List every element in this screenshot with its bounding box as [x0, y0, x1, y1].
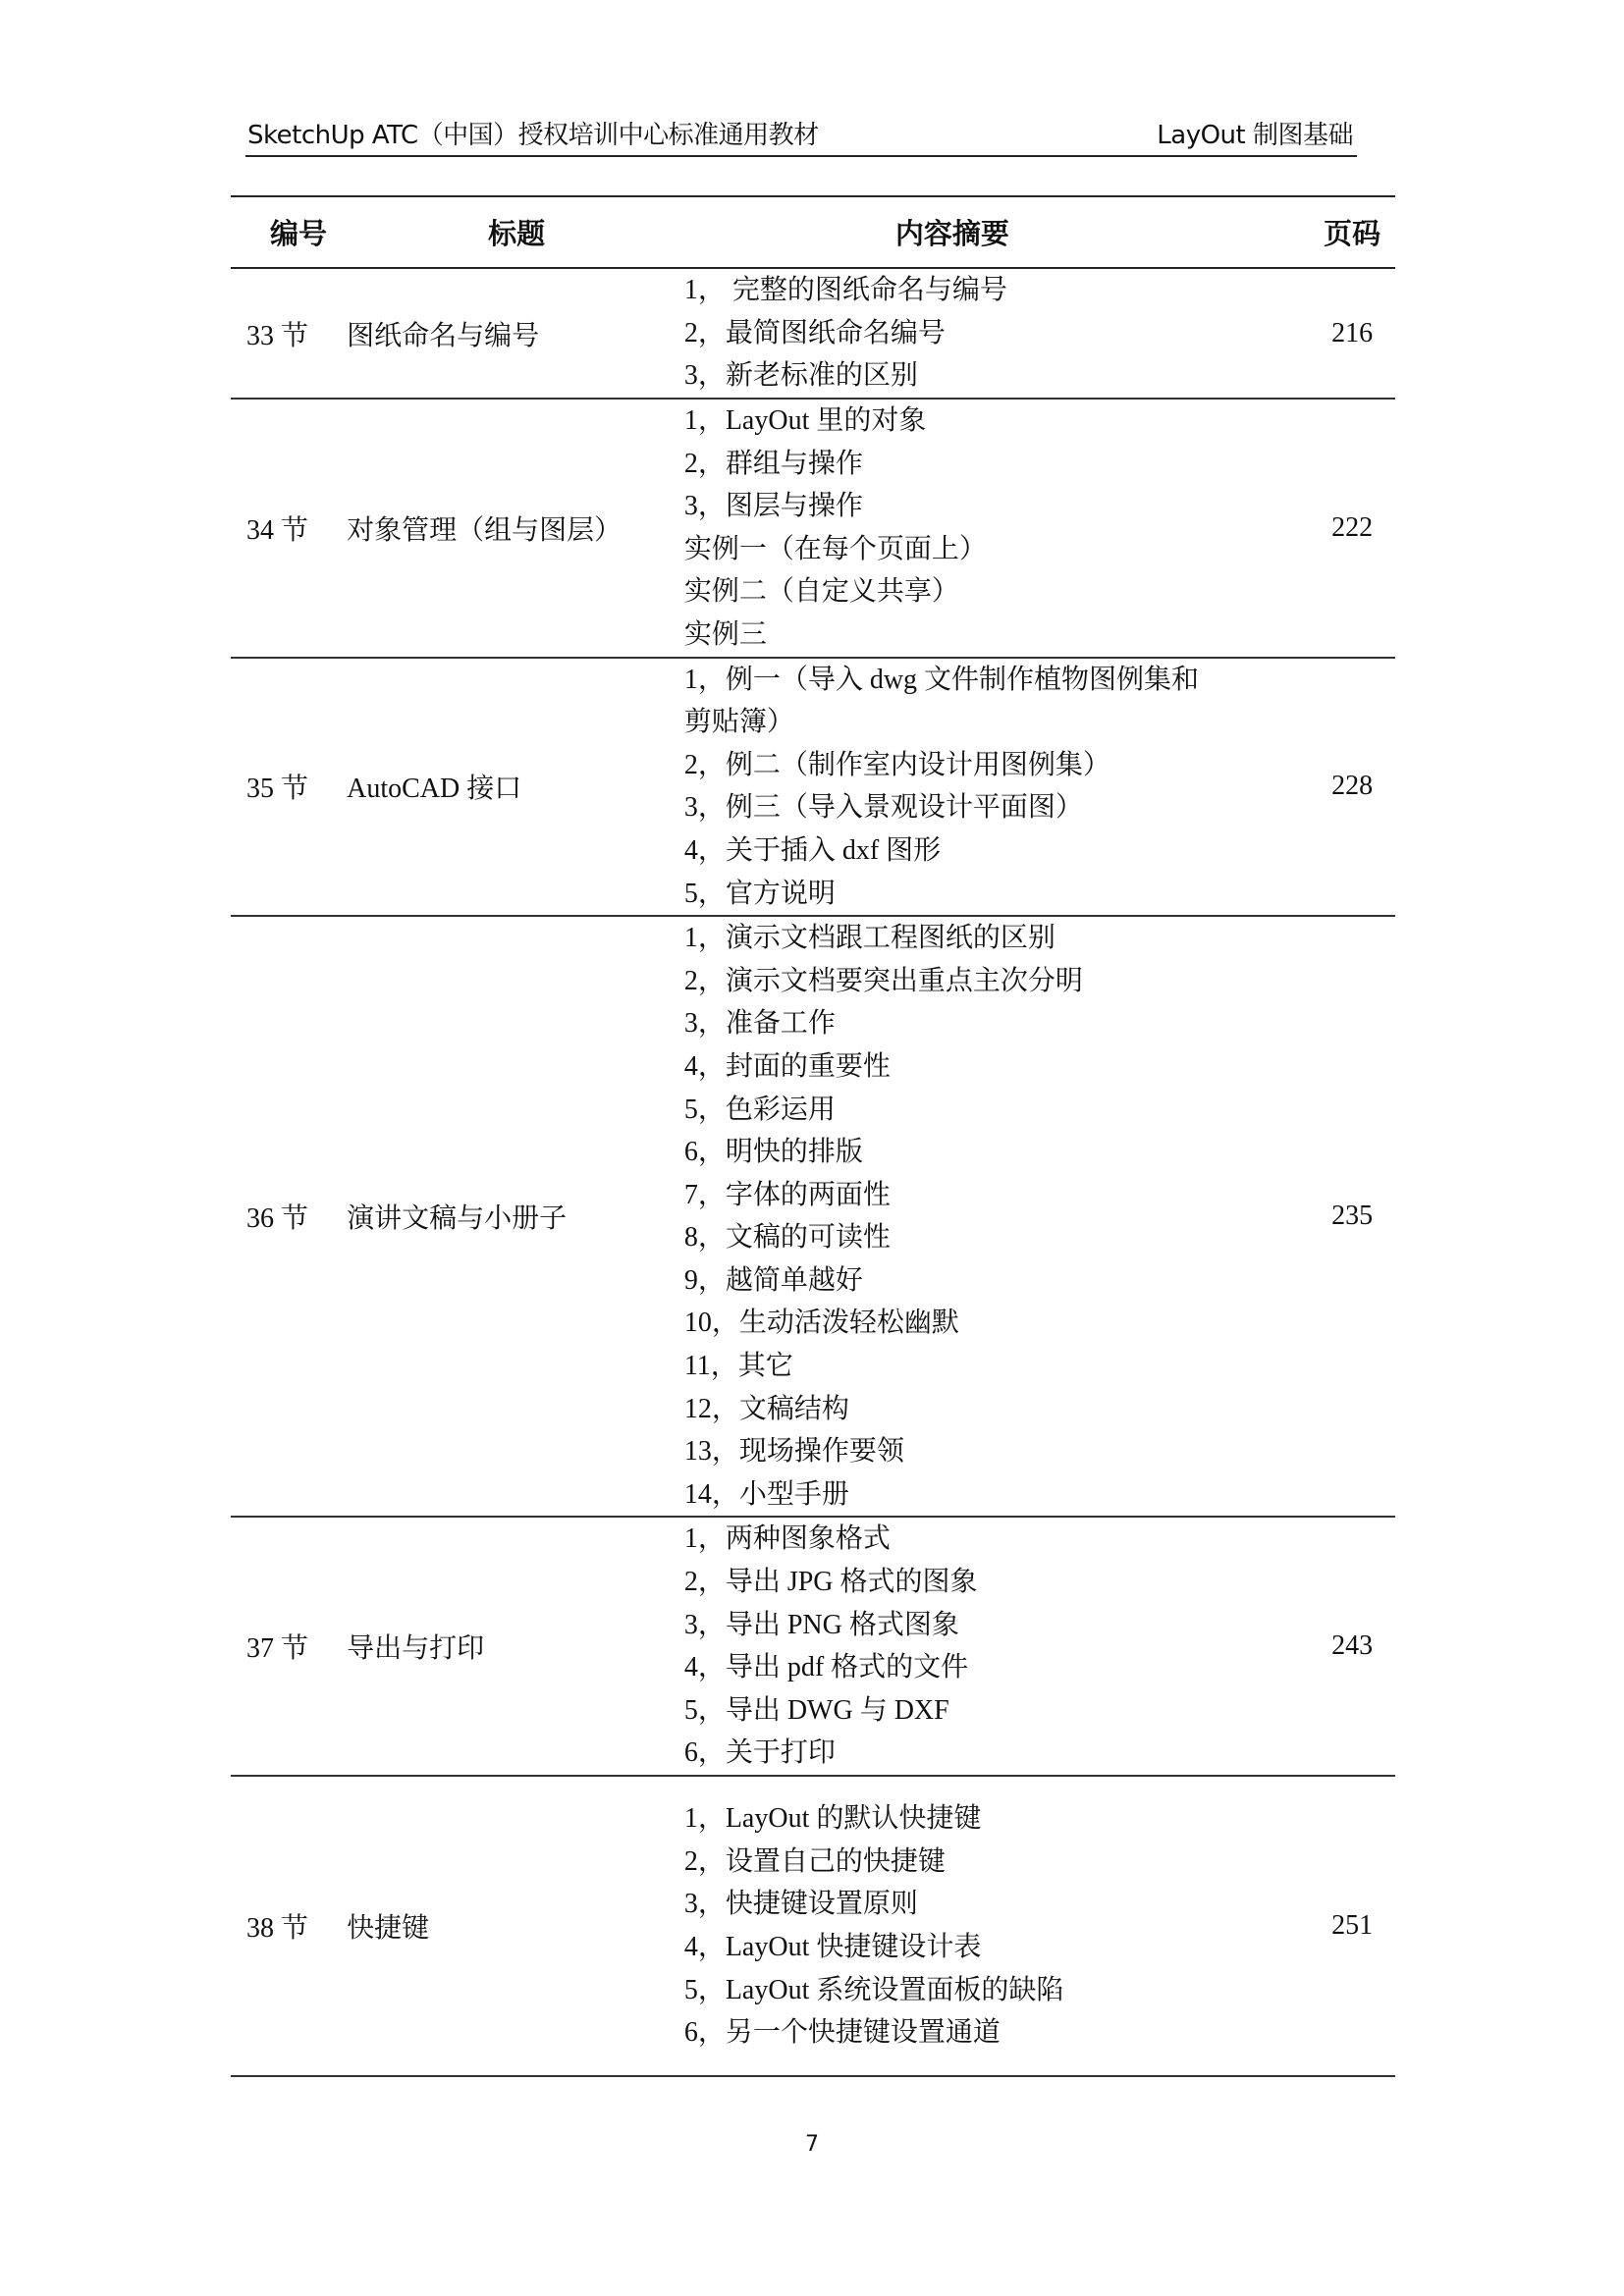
summary-item: 2，导出 JPG 格式的图象: [684, 1561, 1309, 1604]
summary-item: 3，准备工作: [684, 1002, 1309, 1045]
section-number: 35 节: [231, 658, 347, 917]
summary-item: 2，演示文档要突出重点主次分明: [684, 960, 1309, 1003]
summary-item: 4，关于插入 dxf 图形: [684, 829, 1309, 873]
running-header: SketchUp ATC（中国）授权培训中心标准通用教材 LayOut 制图基础: [245, 116, 1357, 157]
section-summary: 1，LayOut 里的对象2，群组与操作3，图层与操作实例一（在每个页面上）实例…: [684, 399, 1309, 658]
summary-item: 12，文稿结构: [684, 1388, 1309, 1431]
section-number: 34 节: [231, 399, 347, 658]
chapter-title: LayOut 制图基础: [1157, 116, 1353, 155]
summary-item: 剪贴簿）: [684, 701, 1309, 744]
page-ref: 216: [1309, 268, 1395, 399]
summary-item: 3，导出 PNG 格式图象: [684, 1604, 1309, 1647]
page-ref: 251: [1309, 1776, 1395, 2076]
page-ref: 235: [1309, 916, 1395, 1517]
column-header-title: 标题: [347, 196, 684, 268]
summary-list: 1，两种图象格式2，导出 JPG 格式的图象3，导出 PNG 格式图象4，导出 …: [684, 1518, 1309, 1775]
column-header-page: 页码: [1309, 196, 1395, 268]
summary-item: 1， 完整的图纸命名与编号: [684, 269, 1309, 312]
section-number: 36 节: [231, 916, 347, 1517]
summary-item: 2，群组与操作: [684, 443, 1309, 486]
page-ref: 243: [1309, 1517, 1395, 1776]
section-title: 快捷键: [347, 1776, 684, 2076]
summary-item: 11，其它: [684, 1345, 1309, 1388]
summary-item: 2，设置自己的快捷键: [684, 1841, 1309, 1884]
summary-item: 4，封面的重要性: [684, 1045, 1309, 1089]
table-row: 33 节图纸命名与编号1， 完整的图纸命名与编号2，最简图纸命名编号3，新老标准…: [231, 268, 1395, 399]
section-number: 37 节: [231, 1517, 347, 1776]
summary-list: 1，例一（导入 dwg 文件制作植物图例集和剪贴簿）2，例二（制作室内设计用图例…: [684, 659, 1309, 916]
summary-item: 7，字体的两面性: [684, 1174, 1309, 1217]
section-summary: 1， 完整的图纸命名与编号2，最简图纸命名编号3，新老标准的区别: [684, 268, 1309, 399]
summary-item: 9，越简单越好: [684, 1259, 1309, 1303]
summary-item: 1，LayOut 的默认快捷键: [684, 1797, 1309, 1841]
summary-item: 4，LayOut 快捷键设计表: [684, 1926, 1309, 1969]
toc-body: 33 节图纸命名与编号1， 完整的图纸命名与编号2，最简图纸命名编号3，新老标准…: [231, 268, 1395, 2076]
summary-item: 2，例二（制作室内设计用图例集）: [684, 744, 1309, 787]
summary-item: 14，小型手册: [684, 1473, 1309, 1517]
summary-item: 10，生动活泼轻松幽默: [684, 1302, 1309, 1345]
column-header-number: 编号: [231, 196, 347, 268]
table-row: 37 节导出与打印1，两种图象格式2，导出 JPG 格式的图象3，导出 PNG …: [231, 1517, 1395, 1776]
summary-item: 1，两种图象格式: [684, 1518, 1309, 1561]
summary-list: 1，演示文档跟工程图纸的区别2，演示文档要突出重点主次分明3，准备工作4，封面的…: [684, 917, 1309, 1516]
section-summary: 1，演示文档跟工程图纸的区别2，演示文档要突出重点主次分明3，准备工作4，封面的…: [684, 916, 1309, 1517]
section-title: 导出与打印: [347, 1517, 684, 1776]
summary-item: 实例一（在每个页面上）: [684, 528, 1309, 571]
table-row: 35 节AutoCAD 接口1，例一（导入 dwg 文件制作植物图例集和剪贴簿）…: [231, 658, 1395, 917]
summary-item: 5，官方说明: [684, 873, 1309, 916]
summary-item: 6，关于打印: [684, 1732, 1309, 1775]
section-title: 图纸命名与编号: [347, 268, 684, 399]
summary-item: 5，导出 DWG 与 DXF: [684, 1689, 1309, 1733]
summary-list: 1，LayOut 的默认快捷键2，设置自己的快捷键3，快捷键设置原则4，LayO…: [684, 1797, 1309, 2055]
summary-item: 2，最简图纸命名编号: [684, 312, 1309, 355]
summary-item: 3，例三（导入景观设计平面图）: [684, 786, 1309, 829]
section-summary: 1，两种图象格式2，导出 JPG 格式的图象3，导出 PNG 格式图象4，导出 …: [684, 1517, 1309, 1776]
toc-table: 编号 标题 内容摘要 页码 33 节图纸命名与编号1， 完整的图纸命名与编号2，…: [231, 195, 1395, 2077]
table-row: 38 节快捷键1，LayOut 的默认快捷键2，设置自己的快捷键3，快捷键设置原…: [231, 1776, 1395, 2076]
summary-item: 3，快捷键设置原则: [684, 1883, 1309, 1926]
summary-item: 5，LayOut 系统设置面板的缺陷: [684, 1969, 1309, 2012]
page-ref: 228: [1309, 658, 1395, 917]
summary-item: 实例三: [684, 614, 1309, 657]
table-row: 36 节演讲文稿与小册子1，演示文档跟工程图纸的区别2，演示文档要突出重点主次分…: [231, 916, 1395, 1517]
summary-item: 13，现场操作要领: [684, 1430, 1309, 1473]
summary-list: 1，LayOut 里的对象2，群组与操作3，图层与操作实例一（在每个页面上）实例…: [684, 400, 1309, 657]
summary-item: 1，例一（导入 dwg 文件制作植物图例集和: [684, 659, 1309, 702]
section-title: 对象管理（组与图层）: [347, 399, 684, 658]
summary-item: 实例二（自定义共享）: [684, 570, 1309, 614]
section-title: AutoCAD 接口: [347, 658, 684, 917]
summary-item: 3，图层与操作: [684, 485, 1309, 528]
summary-item: 6，另一个快捷键设置通道: [684, 2011, 1309, 2055]
column-header-summary: 内容摘要: [684, 196, 1309, 268]
summary-item: 4，导出 pdf 格式的文件: [684, 1646, 1309, 1689]
page-ref: 222: [1309, 399, 1395, 658]
summary-item: 6，明快的排版: [684, 1131, 1309, 1174]
section-summary: 1，例一（导入 dwg 文件制作植物图例集和剪贴簿）2，例二（制作室内设计用图例…: [684, 658, 1309, 917]
summary-item: 8，文稿的可读性: [684, 1216, 1309, 1259]
section-title: 演讲文稿与小册子: [347, 916, 684, 1517]
section-summary: 1，LayOut 的默认快捷键2，设置自己的快捷键3，快捷键设置原则4，LayO…: [684, 1776, 1309, 2076]
page-number: 7: [0, 2132, 1624, 2157]
table-header-row: 编号 标题 内容摘要 页码: [231, 196, 1395, 268]
summary-item: 3，新老标准的区别: [684, 354, 1309, 398]
section-number: 33 节: [231, 268, 347, 399]
book-title: SketchUp ATC（中国）授权培训中心标准通用教材: [247, 116, 819, 155]
table-row: 34 节对象管理（组与图层）1，LayOut 里的对象2，群组与操作3，图层与操…: [231, 399, 1395, 658]
summary-list: 1， 完整的图纸命名与编号2，最简图纸命名编号3，新老标准的区别: [684, 269, 1309, 398]
summary-item: 5，色彩运用: [684, 1089, 1309, 1132]
summary-item: 1，LayOut 里的对象: [684, 400, 1309, 443]
section-number: 38 节: [231, 1776, 347, 2076]
summary-item: 1，演示文档跟工程图纸的区别: [684, 917, 1309, 960]
